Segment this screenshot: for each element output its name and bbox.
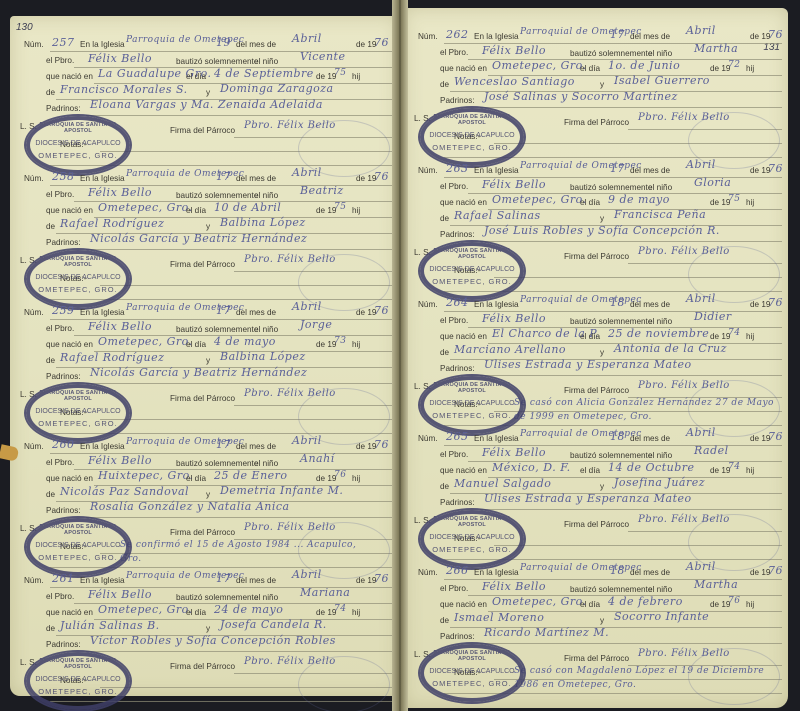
on-day-label: el día: [580, 332, 600, 341]
priest-label: el Pbro.: [440, 584, 468, 593]
birthplace: Ometepec, Gro.: [98, 603, 193, 616]
priest-name: Félix Bello: [482, 446, 546, 459]
entry-number: 263: [446, 162, 469, 175]
of-label: de: [46, 222, 55, 231]
and-label: y: [206, 490, 210, 499]
parish-seal-stamp: PARROQUIA DE SANTIAGO APOSTOL DIOCESIS D…: [418, 642, 526, 704]
birth-date: 4 de febrero: [608, 595, 683, 608]
birth-date: 24 de mayo: [214, 603, 283, 616]
baptism-month: Abril: [292, 568, 322, 581]
child-label: el niño: [648, 317, 672, 326]
entry-number: 259: [52, 304, 75, 317]
and-label: y: [206, 222, 210, 231]
month-label: del mes de: [630, 300, 670, 309]
mother-name: Demetria Infante M.: [220, 484, 343, 497]
priest-label: el Pbro.: [46, 190, 74, 199]
child-of-label: hij: [746, 600, 754, 609]
father-name: Rafael Salinas: [454, 209, 541, 222]
on-day-label: el día: [580, 198, 600, 207]
parish-seal-stamp: PARROQUIA DE SANTIAGO APOSTOL DIOCESIS D…: [24, 516, 132, 578]
child-of-label: hij: [352, 608, 360, 617]
godparents-names: Ulises Estrada y Esperanza Mateo: [484, 492, 692, 505]
on-day-label: el día: [580, 600, 600, 609]
baptized-label: bautizó solemnemente: [176, 191, 258, 200]
of-label: de: [46, 88, 55, 97]
of-label: de: [440, 348, 449, 357]
month-label: del mes de: [236, 174, 276, 183]
father-name: Marciano Arellano: [454, 343, 566, 356]
baptism-year: 76: [768, 162, 783, 175]
month-label: del mes de: [630, 32, 670, 41]
of-label: de: [440, 482, 449, 491]
baptized-label: bautizó solemnemente: [570, 317, 652, 326]
entry-number: 266: [446, 564, 469, 577]
num-label: Núm.: [24, 442, 44, 451]
num-label: Núm.: [24, 174, 44, 183]
baptism-month: Abril: [686, 158, 716, 171]
godparents-label: Padrinos:: [46, 372, 81, 381]
child-label: el niño: [254, 57, 278, 66]
baptism-day: 17: [216, 304, 231, 317]
child-name: Vicente: [300, 50, 345, 63]
mother-name: Josefa Candela R.: [220, 618, 327, 631]
birthplace: Ometepec, Gro.: [492, 595, 587, 608]
born-in-label: que nació en: [46, 474, 93, 483]
church-label: En la Iglesia: [80, 442, 125, 451]
father-name: Ismael Moreno: [454, 611, 544, 624]
on-day-label: el día: [186, 608, 206, 617]
mother-name: Isabel Guerrero: [614, 74, 710, 87]
parish-seal-stamp: PARROQUIA DE SANTIAGO APOSTOL DIOCESIS D…: [24, 650, 132, 711]
num-label: Núm.: [418, 568, 438, 577]
baptized-label: bautizó solemnemente: [176, 325, 258, 334]
born-in-label: que nació en: [46, 608, 93, 617]
baptism-entry: Núm. 266 En la Iglesia Parroquial de Ome…: [404, 564, 788, 704]
baptism-year: 76: [374, 36, 389, 49]
signature-label: Firma del Párroco: [564, 654, 629, 663]
baptism-day: 18: [610, 296, 625, 309]
on-day-label: el día: [186, 72, 206, 81]
of-label: de: [440, 616, 449, 625]
baptism-year: 76: [768, 430, 783, 443]
child-name: Anahí: [300, 452, 335, 465]
priest-name: Félix Bello: [88, 588, 152, 601]
father-name: Nicolás Paz Sandoval: [60, 485, 189, 498]
priest-label: el Pbro.: [46, 324, 74, 333]
signature-label: Firma del Párroco: [564, 386, 629, 395]
child-label: el niño: [648, 49, 672, 58]
and-label: y: [600, 616, 604, 625]
birthplace: Ometepec, Gro.: [492, 193, 587, 206]
child-name: Martha: [694, 42, 738, 55]
baptism-month: Abril: [686, 426, 716, 439]
birthplace: Ometepec, Gro.: [98, 335, 193, 348]
birth-year: 74: [334, 604, 346, 614]
child-name: Martha: [694, 578, 738, 591]
faded-stamp-impression: [688, 648, 780, 705]
num-label: Núm.: [24, 40, 44, 49]
of-label: de: [46, 490, 55, 499]
birth-year: 74: [728, 328, 740, 338]
and-label: y: [600, 214, 604, 223]
birthplace: Ometepec, Gro.: [492, 59, 587, 72]
month-label: del mes de: [236, 576, 276, 585]
on-day-label: el día: [186, 474, 206, 483]
church-label: En la Iglesia: [474, 568, 519, 577]
child-label: el niño: [648, 585, 672, 594]
father-name: Rafael Rodríguez: [60, 217, 164, 230]
church-label: En la Iglesia: [474, 166, 519, 175]
birth-year: 76: [728, 596, 740, 606]
mother-name: Balbina López: [220, 350, 306, 363]
baptism-year: 76: [374, 572, 389, 585]
parish-seal-stamp: PARROQUIA DE SANTIAGO APOSTOL DIOCESIS D…: [418, 106, 526, 168]
priest-label: el Pbro.: [440, 316, 468, 325]
baptism-day: 17: [610, 162, 625, 175]
birth-year: 75: [728, 194, 740, 204]
child-label: el niño: [254, 459, 278, 468]
child-name: Jorge: [300, 318, 332, 331]
month-label: del mes de: [236, 308, 276, 317]
born-in-label: que nació en: [46, 72, 93, 81]
birth-year: 75: [334, 202, 346, 212]
month-label: del mes de: [236, 442, 276, 451]
baptism-entry: Núm. 260 En la Iglesia Parroquia de Omet…: [10, 438, 398, 578]
priest-name: Félix Bello: [482, 312, 546, 325]
on-day-label: el día: [580, 64, 600, 73]
born-in-label: que nació en: [440, 198, 487, 207]
church-label: En la Iglesia: [80, 576, 125, 585]
baptism-month: Abril: [292, 434, 322, 447]
child-label: el niño: [648, 183, 672, 192]
godparents-label: Padrinos:: [440, 96, 475, 105]
godparents-names: Eloana Vargas y Ma. Zenaida Adelaida: [90, 98, 323, 111]
baptism-entry: Núm. 264 En la Iglesia Parroquial de Ome…: [404, 296, 788, 436]
child-of-label: hij: [352, 340, 360, 349]
priest-label: el Pbro.: [46, 56, 74, 65]
mother-name: Socorro Infante: [614, 610, 709, 623]
faded-stamp-impression: [298, 656, 390, 711]
left-page: 130 Núm. 257 En la Iglesia Parroquia de …: [10, 16, 398, 696]
signature-label: Firma del Párroco: [170, 260, 235, 269]
child-label: el niño: [254, 191, 278, 200]
and-label: y: [206, 356, 210, 365]
baptized-label: bautizó solemnemente: [176, 593, 258, 602]
baptism-entry: Núm. 262 En la Iglesia Parroquial de Ome…: [404, 28, 788, 168]
parish-seal-stamp: PARROQUIA DE SANTIAGO APOSTOL DIOCESIS D…: [24, 248, 132, 310]
church-label: En la Iglesia: [474, 32, 519, 41]
month-label: del mes de: [630, 434, 670, 443]
child-of-label: hij: [746, 198, 754, 207]
parish-seal-stamp: PARROQUIA DE SANTIAGO APOSTOL DIOCESIS D…: [24, 114, 132, 176]
mother-name: Antonia de la Cruz: [614, 342, 727, 355]
baptism-entry: Núm. 263 En la Iglesia Parroquial de Ome…: [404, 162, 788, 302]
on-day-label: el día: [580, 466, 600, 475]
birth-year: 72: [728, 60, 740, 70]
child-name: Didier: [694, 310, 732, 323]
of-label: de: [440, 80, 449, 89]
and-label: y: [206, 624, 210, 633]
and-label: y: [600, 80, 604, 89]
baptized-label: bautizó solemnemente: [176, 459, 258, 468]
baptism-month: Abril: [686, 560, 716, 573]
godparents-label: Padrinos:: [440, 498, 475, 507]
birth-date: 25 de Enero: [214, 469, 288, 482]
birth-date: 4 de mayo: [214, 335, 276, 348]
birth-date: 10 de Abril: [214, 201, 281, 214]
baptism-day: 18: [610, 430, 625, 443]
birth-year: 75: [334, 68, 346, 78]
of-label: de: [46, 356, 55, 365]
baptism-month: Abril: [292, 300, 322, 313]
birthplace: Huixtepec, Gro.: [98, 469, 194, 482]
born-in-label: que nació en: [440, 64, 487, 73]
godparents-names: Nicolás García y Beatriz Hernández: [90, 366, 307, 379]
birth-date: 1o. de Junio: [608, 59, 680, 72]
mother-name: Francisca Peña: [614, 208, 706, 221]
entry-number: 264: [446, 296, 469, 309]
born-in-label: que nació en: [440, 600, 487, 609]
baptism-year: 76: [768, 28, 783, 41]
parish-seal-stamp: PARROQUIA DE SANTIAGO APOSTOL DIOCESIS D…: [418, 240, 526, 302]
month-label: del mes de: [236, 40, 276, 49]
baptism-month: Abril: [686, 292, 716, 305]
priest-label: el Pbro.: [46, 592, 74, 601]
and-label: y: [600, 348, 604, 357]
month-label: del mes de: [630, 568, 670, 577]
godparents-label: Padrinos:: [440, 632, 475, 641]
mother-name: Dominga Zaragoza: [220, 82, 334, 95]
child-name: Mariana: [300, 586, 350, 599]
parish-seal-stamp: PARROQUIA DE SANTIAGO APOSTOL DIOCESIS D…: [418, 374, 526, 436]
child-name: Radel: [694, 444, 729, 457]
num-label: Núm.: [24, 576, 44, 585]
and-label: y: [600, 482, 604, 491]
godparents-label: Padrinos:: [46, 506, 81, 515]
birth-date: 14 de Octubre: [608, 461, 695, 474]
baptized-label: bautizó solemnemente: [570, 49, 652, 58]
baptism-year: 76: [374, 304, 389, 317]
of-label: de: [440, 214, 449, 223]
born-in-label: que nació en: [46, 206, 93, 215]
mother-name: Balbina López: [220, 216, 306, 229]
godparents-label: Padrinos:: [46, 104, 81, 113]
baptism-entry: Núm. 258 En la Iglesia Parroquia de Omet…: [10, 170, 398, 310]
num-label: Núm.: [418, 300, 438, 309]
child-name: Gloria: [694, 176, 731, 189]
godparents-names: Víctor Robles y Sofía Concepción Robles: [90, 634, 336, 647]
open-register-book: 130 Núm. 257 En la Iglesia Parroquia de …: [0, 0, 800, 711]
priest-label: el Pbro.: [440, 182, 468, 191]
child-of-label: hij: [352, 206, 360, 215]
entry-number: 261: [52, 572, 75, 585]
entry-number: 260: [52, 438, 75, 451]
month-label: del mes de: [630, 166, 670, 175]
on-day-label: el día: [186, 206, 206, 215]
baptism-year: 76: [374, 438, 389, 451]
baptism-year: 76: [374, 170, 389, 183]
child-label: el niño: [648, 451, 672, 460]
baptized-label: bautizó solemnemente: [570, 183, 652, 192]
godparents-names: Rosalía González y Natalia Anica: [90, 500, 290, 513]
book-gutter: [392, 0, 408, 711]
baptism-month: Abril: [292, 166, 322, 179]
baptism-day: 17: [216, 170, 231, 183]
church-label: En la Iglesia: [80, 308, 125, 317]
father-name: Manuel Salgado: [454, 477, 551, 490]
church-label: En la Iglesia: [80, 174, 125, 183]
signature-label: Firma del Párroco: [170, 528, 235, 537]
father-name: Rafael Rodríguez: [60, 351, 164, 364]
baptized-label: bautizó solemnemente: [570, 451, 652, 460]
signature-label: Firma del Párroco: [564, 118, 629, 127]
baptism-year: 76: [768, 564, 783, 577]
signature-label: Firma del Párroco: [170, 662, 235, 671]
godparents-names: Ulises Estrada y Esperanza Mateo: [484, 358, 692, 371]
baptism-entry: Núm. 265 En la Iglesia Parroquial de Ome…: [404, 430, 788, 570]
entry-number: 262: [446, 28, 469, 41]
birthplace: México, D. F.: [492, 461, 571, 474]
child-label: el niño: [254, 593, 278, 602]
baptism-day: 17: [216, 438, 231, 451]
baptized-label: bautizó solemnemente: [570, 585, 652, 594]
born-in-label: que nació en: [440, 332, 487, 341]
priest-label: el Pbro.: [440, 48, 468, 57]
signature-label: Firma del Párroco: [564, 252, 629, 261]
godparents-label: Padrinos:: [440, 230, 475, 239]
baptism-entry: Núm. 261 En la Iglesia Parroquia de Omet…: [10, 572, 398, 711]
father-name: Francisco Morales S.: [60, 83, 188, 96]
on-day-label: el día: [186, 340, 206, 349]
godparents-names: José Salinas y Socorro Martínez: [484, 90, 678, 103]
baptism-month: Abril: [686, 24, 716, 37]
father-name: Wenceslao Santiago: [454, 75, 575, 88]
birth-year: 73: [334, 336, 346, 346]
godparents-names: Ricardo Martínez M.: [484, 626, 609, 639]
entry-number: 265: [446, 430, 469, 443]
born-in-label: que nació en: [46, 340, 93, 349]
num-label: Núm.: [418, 166, 438, 175]
godparents-label: Padrinos:: [46, 640, 81, 649]
child-of-label: hij: [746, 64, 754, 73]
birth-date: 9 de mayo: [608, 193, 670, 206]
birthplace: Ometepec, Gro.: [98, 201, 193, 214]
right-page: 131 Núm. 262 En la Iglesia Parroquial de…: [404, 8, 788, 708]
child-label: el niño: [254, 325, 278, 334]
father-name: Julián Salinas B.: [60, 619, 160, 632]
baptism-month: Abril: [292, 32, 322, 45]
child-of-label: hij: [746, 466, 754, 475]
child-of-label: hij: [352, 474, 360, 483]
baptism-entry: Núm. 257 En la Iglesia Parroquia de Omet…: [10, 36, 398, 176]
church-label: En la Iglesia: [474, 300, 519, 309]
priest-label: el Pbro.: [46, 458, 74, 467]
priest-label: el Pbro.: [440, 450, 468, 459]
born-in-label: que nació en: [440, 466, 487, 475]
baptism-day: 17: [216, 572, 231, 585]
priest-name: Félix Bello: [482, 178, 546, 191]
entry-number: 257: [52, 36, 75, 49]
priest-name: Félix Bello: [88, 52, 152, 65]
baptism-day: 17: [610, 28, 625, 41]
of-label: de: [46, 624, 55, 633]
birth-year: 76: [334, 470, 346, 480]
child-name: Beatriz: [300, 184, 344, 197]
baptism-year: 76: [768, 296, 783, 309]
num-label: Núm.: [418, 434, 438, 443]
baptism-day: 18: [610, 564, 625, 577]
godparents-names: José Luis Robles y Sofía Concepción R.: [484, 224, 720, 237]
birth-date: 25 de noviembre: [608, 327, 709, 340]
church-label: En la Iglesia: [80, 40, 125, 49]
baptism-day: 19: [216, 36, 231, 49]
birth-date: 4 de Septiembre: [214, 67, 314, 80]
birth-year: 74: [728, 462, 740, 472]
child-of-label: hij: [746, 332, 754, 341]
parish-seal-stamp: PARROQUIA DE SANTIAGO APOSTOL DIOCESIS D…: [418, 508, 526, 570]
signature-label: Firma del Párroco: [170, 394, 235, 403]
priest-name: Félix Bello: [482, 44, 546, 57]
godparents-label: Padrinos:: [440, 364, 475, 373]
mother-name: Josefina Juárez: [614, 476, 705, 489]
signature-label: Firma del Párroco: [564, 520, 629, 529]
num-label: Núm.: [418, 32, 438, 41]
child-of-label: hij: [352, 72, 360, 81]
signature-label: Firma del Párroco: [170, 126, 235, 135]
priest-name: Félix Bello: [88, 320, 152, 333]
parish-seal-stamp: PARROQUIA DE SANTIAGO APOSTOL DIOCESIS D…: [24, 382, 132, 444]
baptized-label: bautizó solemnemente: [176, 57, 258, 66]
priest-name: Félix Bello: [482, 580, 546, 593]
godparents-label: Padrinos:: [46, 238, 81, 247]
priest-name: Félix Bello: [88, 186, 152, 199]
entry-number: 258: [52, 170, 75, 183]
priest-name: Félix Bello: [88, 454, 152, 467]
baptism-entry: Núm. 259 En la Iglesia Parroquia de Omet…: [10, 304, 398, 444]
church-label: En la Iglesia: [474, 434, 519, 443]
left-page-number: 130: [16, 22, 33, 33]
num-label: Núm.: [24, 308, 44, 317]
godparents-names: Nicolás García y Beatriz Hernández: [90, 232, 307, 245]
and-label: y: [206, 88, 210, 97]
